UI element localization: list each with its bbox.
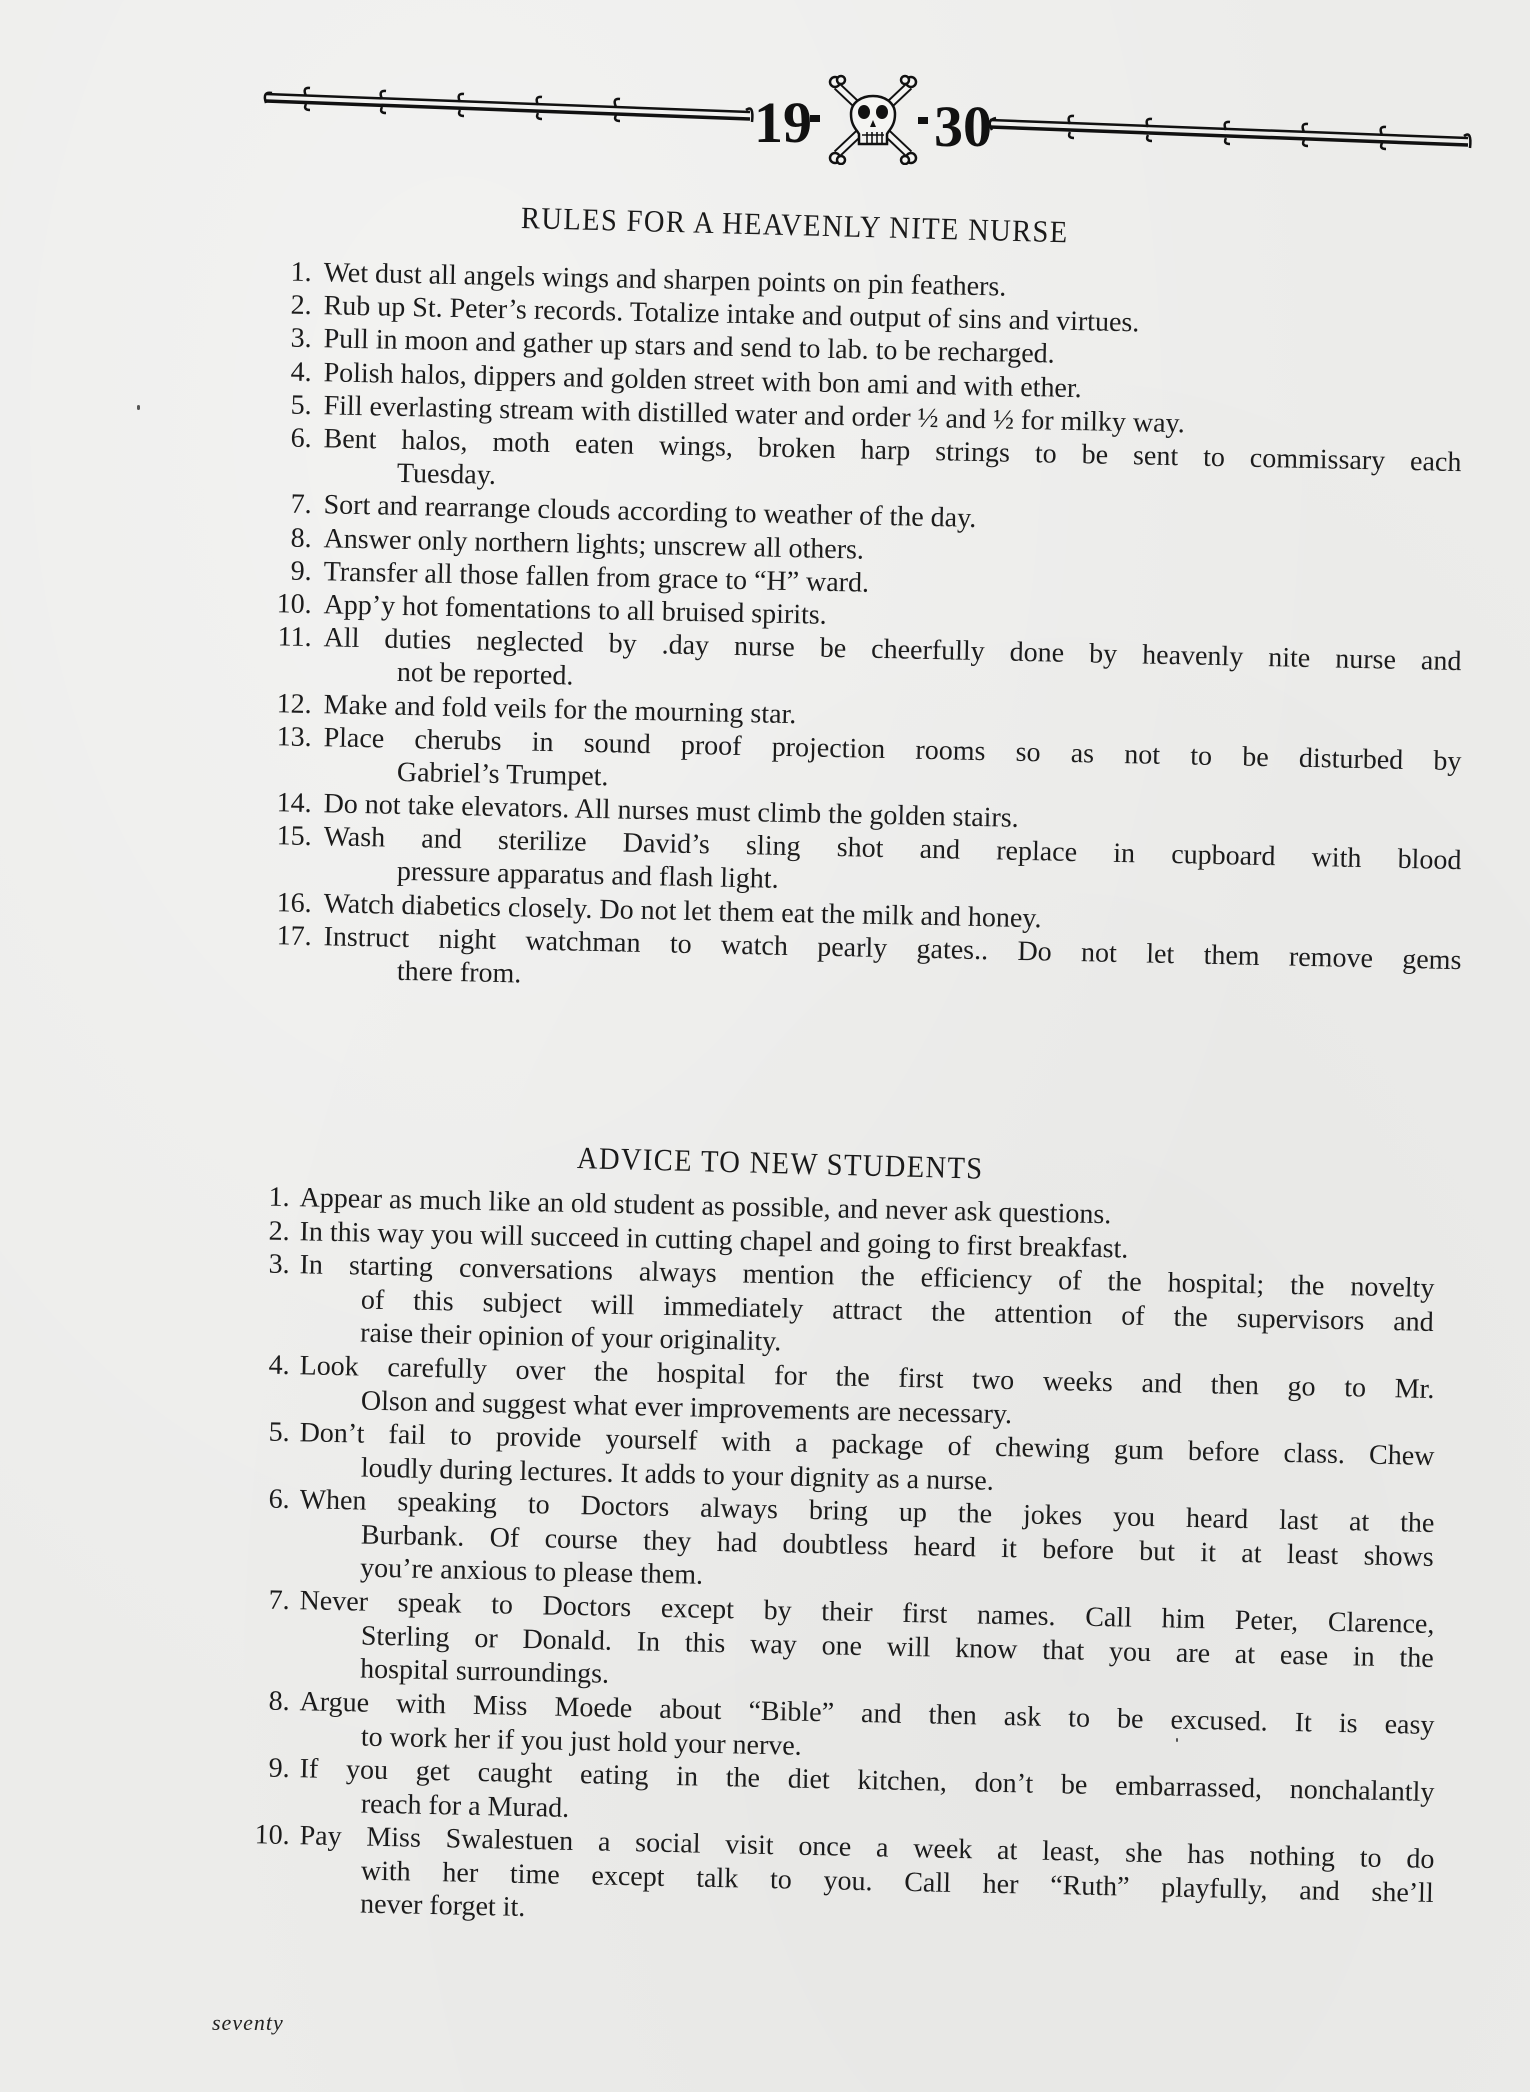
skull-and-crossbones-icon — [830, 76, 916, 164]
item-number: 7. — [261, 487, 312, 521]
list-item: 11.All duties neglected by .day nurse be… — [262, 620, 1462, 645]
item-number: 5. — [239, 1415, 290, 1449]
item-number: 8. — [239, 1684, 290, 1718]
year-header-ornament: 19 30 — [258, 70, 1480, 165]
item-number: 16. — [261, 886, 312, 920]
item-number: 6. — [261, 421, 312, 455]
rules-section-title: RULES FOR A HEAVENLY NITE NURSE — [521, 200, 1070, 250]
item-number: 10. — [261, 587, 312, 621]
item-number: 9. — [239, 1751, 290, 1785]
item-number: 10. — [239, 1818, 290, 1852]
print-speck — [1176, 1738, 1178, 1742]
item-text-continuation: never forget it. — [360, 1888, 526, 1924]
page-number: seventy — [212, 2010, 284, 2036]
list-item: 1.Wet dust all angels wings and sharpen … — [262, 255, 1462, 280]
list-item: 10.Pay Miss Swalestuen a social visit on… — [240, 1818, 1435, 1843]
item-text-continuation: not be reported. — [397, 656, 574, 693]
year-left: 19 — [754, 90, 812, 155]
item-number: 4. — [261, 355, 312, 389]
item-number: 13. — [261, 720, 312, 754]
item-number: 15. — [261, 819, 312, 853]
list-item: 7.Never speak to Doctors except by their… — [240, 1583, 1435, 1608]
item-number: 5. — [261, 388, 312, 422]
year-right: 30 — [934, 94, 992, 159]
print-speck — [137, 405, 140, 410]
list-item: 9.If you get caught eating in the diet k… — [240, 1751, 1435, 1776]
header-rods: 19 30 — [258, 70, 1480, 165]
item-number: 14. — [261, 786, 312, 820]
list-item: 16.Watch diabetics closely. Do not let t… — [262, 886, 1462, 911]
item-number: 8. — [261, 521, 312, 555]
list-item: 4.Look carefully over the hospital for t… — [240, 1348, 1435, 1373]
item-number: 7. — [239, 1583, 290, 1617]
list-item: 1.Appear as much like an old student as … — [240, 1180, 1435, 1205]
list-item: 13.Place cherubs in sound proof projecti… — [262, 720, 1462, 745]
item-number: 4. — [239, 1348, 290, 1382]
item-number: 12. — [261, 687, 312, 721]
item-number: 1. — [239, 1180, 290, 1214]
item-number: 2. — [261, 288, 312, 322]
item-text-continuation: hospital surroundings. — [360, 1653, 610, 1691]
item-number: 2. — [239, 1214, 290, 1248]
item-number: 3. — [239, 1247, 290, 1281]
item-number: 11. — [261, 620, 312, 654]
item-text-continuation: Tuesday. — [397, 457, 497, 492]
item-number: 3. — [261, 321, 312, 355]
item-text-continuation: Gabriel’s Trumpet. — [397, 756, 609, 793]
list-item: 7.Sort and rearrange clouds according to… — [262, 487, 1462, 512]
item-text-continuation: reach for a Murad. — [361, 1787, 570, 1824]
list-item: 14.Do not take elevators. All nurses mus… — [262, 786, 1462, 811]
item-number: 6. — [239, 1482, 290, 1516]
advice-section-title: ADVICE TO NEW STUDENTS — [577, 1140, 984, 1187]
item-text-continuation: there from. — [397, 955, 522, 991]
list-item: 12.Make and fold veils for the mourning … — [262, 687, 1462, 712]
yearbook-page: 19 30 RULES FOR A HEAVENLY NITE NURSE 1.… — [0, 0, 1530, 2092]
item-number: 9. — [261, 554, 312, 588]
item-number: 1. — [261, 255, 312, 289]
list-item: 8.Argue with Miss Moede about “Bible” an… — [240, 1684, 1435, 1709]
item-number: 17. — [261, 919, 312, 953]
